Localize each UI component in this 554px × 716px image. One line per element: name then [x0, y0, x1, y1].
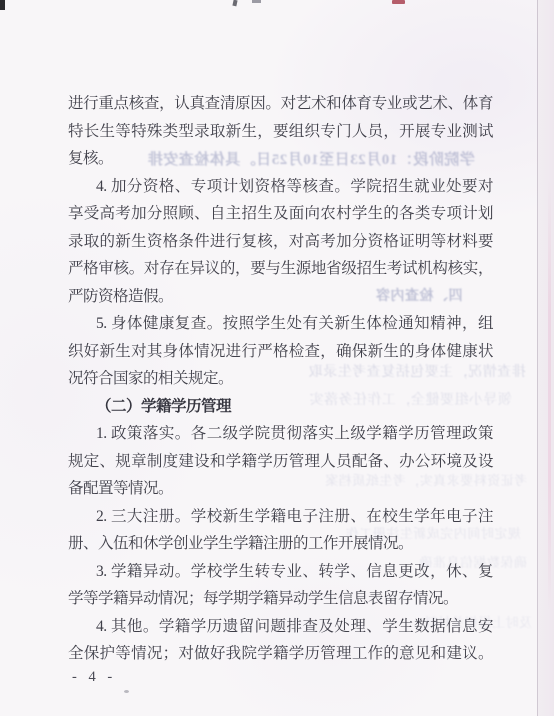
text-line: 册、入伍和休学创业学生学籍注册的工作开展情况。 [68, 530, 493, 558]
text-line: 3. 学籍异动。学校学生转专业、转学、信息更改，休、复 [68, 558, 493, 586]
document-text-body: 进行重点核查，认真查清原因。对艺术和体育专业或艺术、体育特长生等特殊类型录取新生… [68, 90, 493, 668]
page-number: - 4 - [72, 669, 116, 686]
text-line: 严格审核。对存在异议的，要与生源地省级招生考试机构核实， [68, 255, 493, 283]
text-line: 享受高考加分照顾、自主招生及面向农村学生的各类专项计划 [68, 200, 493, 228]
text-line: 2. 三大注册。学校新生学籍电子注册、在校生学年电子注 [68, 503, 493, 531]
text-line: 特长生等特殊类型录取新生，要组织专门人员，开展专业测试 [68, 118, 493, 146]
text-line: 1. 政策落实。各二级学院贯彻落实上级学籍学历管理政策 [68, 420, 493, 448]
text-line: 进行重点核查，认真查清原因。对艺术和体育专业或艺术、体育 [68, 90, 493, 118]
text-line: 4. 其他。学籍学历遗留问题排查及处理、学生数据信息安 [68, 613, 493, 641]
text-line: 学等学籍异动情况；每学期学籍异动学生信息表留存情况。 [68, 585, 493, 613]
text-line: 备配置等情况。 [68, 475, 493, 503]
text-line: 规定、规章制度建设和学籍学历管理人员配备、办公环境及设 [68, 448, 493, 476]
scanned-document-page: 学院阶段：10月23日至10月25日。具体检查安排四、检查内容排查情况，主要包括… [0, 0, 554, 716]
text-line: 复核。 [68, 145, 493, 173]
text-line: 况符合国家的相关规定。 [68, 365, 493, 393]
text-line: 4. 加分资格、专项计划资格等核查。学院招生就业处要对 [68, 173, 493, 201]
text-line: 录取的新生资格条件进行复核，对高考加分资格证明等材料要 [68, 228, 493, 256]
text-line: 5. 身体健康复查。按照学生处有关新生体检通知精神，组 [68, 310, 493, 338]
text-line: 织好新生对其身体情况进行严格检查，确保新生的身体健康状 [68, 338, 493, 366]
text-line: （二）学籍学历管理 [68, 393, 493, 421]
text-line: 全保护等情况；对做好我院学籍学历管理工作的意见和建议。 [68, 640, 493, 668]
text-line: 严防资格造假。 [68, 283, 493, 311]
